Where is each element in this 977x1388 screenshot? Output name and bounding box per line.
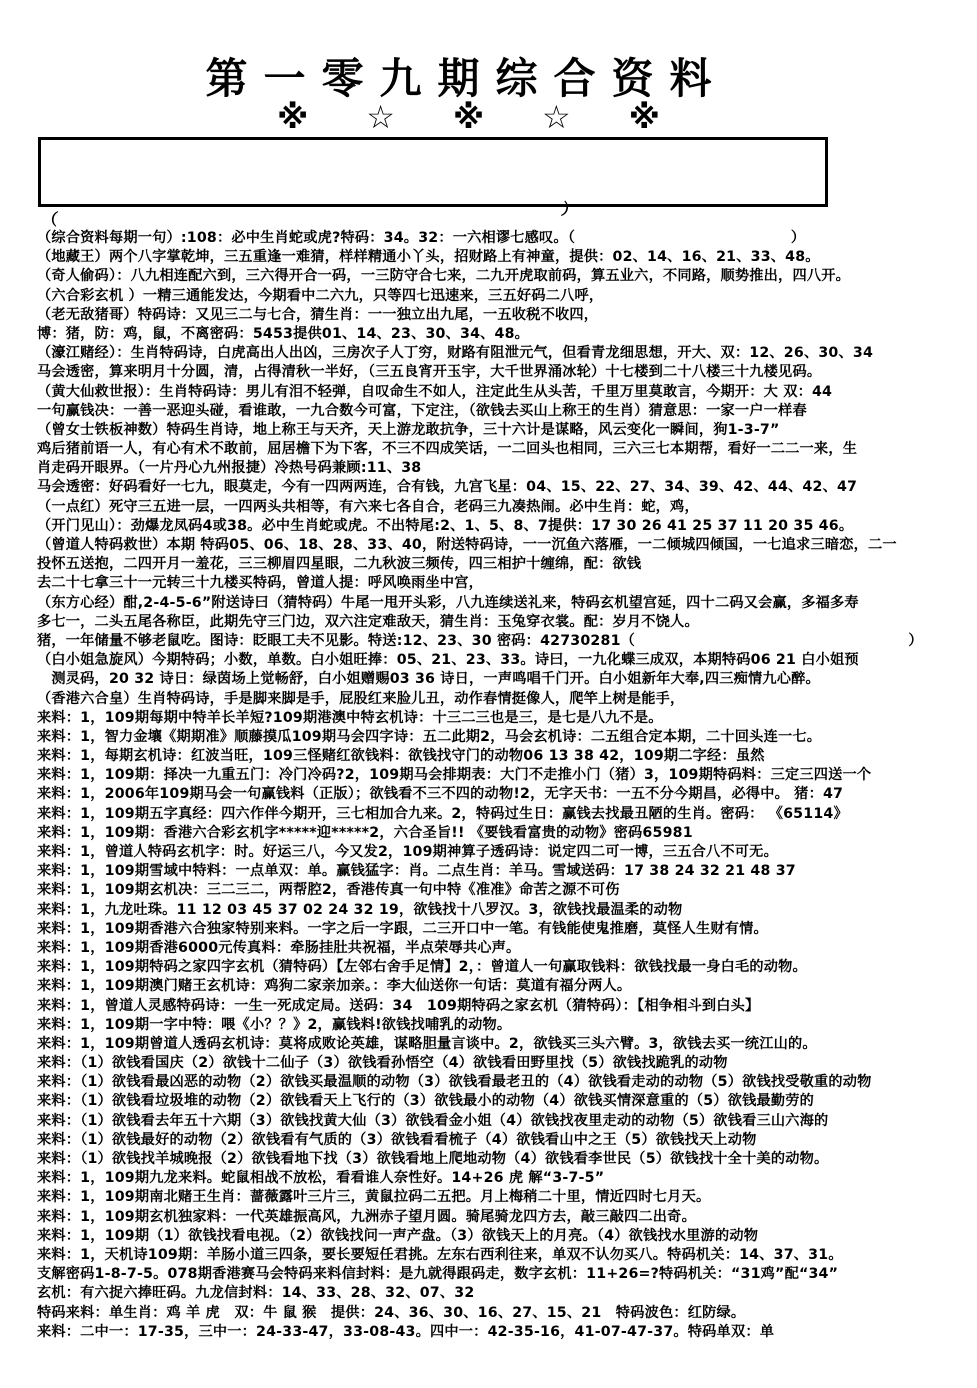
text-line: 来料：1，109期曾道人透码玄机诗：莫将成败论英雄，谋略胆量言谈中。2，欲钱买三… [37,1035,969,1054]
text-line: （濠江赌经）：生肖特码诗，白虎高出人出凶，三房次子人丁穷，财路有阻泄元气，但看青… [37,344,969,363]
text-line: 来料：（1）欲钱看最凶恶的动物（2）欲钱买最温顺的动物（3）欲钱看最老丑的（4）… [37,1073,969,1092]
text-line: 来料：（1）欲钱最好的动物（2）欲钱看有气质的（3）欲钱看看梳子（4）欲钱看山中… [37,1131,969,1150]
text-line: 肖走码开眼界。（一片丹心九州报捷）冷热号码兼顾:11、38 [37,459,969,478]
stray-paren-mark-left: （ [40,205,59,230]
star-icon: ☆ [542,98,571,136]
text-line: 博：猪，防：鸡，鼠，不离密码：5453提供01、14、23、30、34、48。 [37,325,969,344]
text-line: 来料：1，曾道人特码玄机字：时。好运三八，今又发2，109期神算子透码诗：说定四… [37,843,969,862]
text-line: （六合彩玄机 ）一精三通能发达，今期看中二六九，只等四七迅速来，三五好码二八呼， [37,287,969,306]
text-line: 来料：1，每期玄机诗：红波当旺，109三怪赌红欲钱料：欲钱找守门的动物06 13… [37,747,969,766]
text-line: 来料：1，天机诗109期：羊肠小道三四条，要长要短任君挑。左东右西利往来，单双不… [37,1246,969,1265]
text-line: 来料：1，109期一字中特：喂《小？？》2，赢钱料!欲钱找哺乳的动物。 [37,1016,969,1035]
text-line: 来料：1，109期玄机决：三二三二，两帮腔2，香港传真一句中特《准准》命苦之源不… [37,881,969,900]
text-line: 来料：1，109期雪域中特料：一点单双：单。赢钱猛字：肖。二点生肖：羊马。雪域送… [37,862,969,881]
text-line: 来料：1，智力金壤《期期准》顺藤摸瓜109期马会四字诗：五二此期2，马会玄机诗：… [37,728,969,747]
text-line: 来料：1，109期玄机独家料：一代英雄振高风，九洲赤子望月圆。骑尾骑龙四方去，敲… [37,1208,969,1227]
text-line: 一句赢钱决：一善一恶迎头碰，看谁敢，一九合数今可富，下定注，（欲钱去买山上称王的… [37,402,969,421]
reference-mark-icon: ※ [629,98,660,136]
text-line: 投怀五送抱，二四开月一羞花，三三柳眉四星眼，二九秋波三频传，四三相护十缠绵，配：… [37,555,969,574]
text-line: 来料：1，109期每期中特羊长羊短?109期港澳中特玄机诗：十三二三也是三，是七… [37,709,969,728]
text-line: （一点红）死守三五进一层，一四两头共相等，有六来七各自合，老码三九凑热闹。必中生… [37,498,969,517]
text-line: （东方心经）酣,2-4-5-6”附送诗曰（猜特码）牛尾一甩开头彩，八九连续送礼来… [37,594,969,613]
text-line: 来料：二中一：17-35，三中一：24-33-47，33-08-43。四中一：4… [37,1323,969,1342]
page-title: 第一零九期综合资料 [0,46,917,106]
text-line: 马会透密：好码看好一七九，眼莫走，今有一四两两连，合有钱，九宫飞星：04、15、… [37,478,969,497]
text-line: 来料：1，109期：择决一九重五门：冷门冷码?2，109期马会排期表：大门不走推… [37,766,969,785]
text-line: （曾道人特码救世）本期 特码05、06、18、28、33、40，附送特码诗，一一… [37,536,969,555]
text-line: 来料：（1）欲钱看去年五十六期（3）欲钱找黄大仙（3）欲钱看金小姐（4）欲钱找夜… [37,1112,969,1131]
reference-mark-icon: ※ [453,98,484,136]
text-line: 来料：1，109期九龙来料。蛇鼠相战不放松，看看谁人奈性好。14+26 虎 解“… [37,1169,969,1188]
text-line: 猪，一年储量不够老鼠吃。图诗：眨眼工夫不见影。特送:12、23、30 密码：42… [37,632,969,651]
text-line: （白小姐急旋风）今期特码；小数，单数。白小姐旺捧：05、21、23、33。诗曰，… [37,651,969,670]
text-line: 特码来料：单生肖：鸡 羊 虎 双：牛 鼠 猴 提供：24、36、30、16、27… [37,1304,969,1323]
text-line: （地藏王）两个八字掌乾坤，三五重逢一难猜，样样精通小丫头，招财路上有神童，提供：… [37,248,969,267]
text-line: 来料：1，109期香港6000元传真料：牵肠挂肚共祝福，半点荣辱共心声。 [37,939,969,958]
text-line: 去二十七拿三十一元转三十九楼买特码，曾道人提：呼风唤雨坐中宫， [37,574,969,593]
star-icon: ☆ [366,98,395,136]
text-line: 来料：1，109期：香港六合彩玄机字*****迎*****2，六合圣旨!! 《要… [37,824,969,843]
text-line: 来料：1，曾道人灵感特码诗：一生一死成定局。送码：34 109期特码之家玄机（猜… [37,997,969,1016]
text-line: 测灵码，20 32 诗日：绿茵场上觉畅舒，白小姐赠赐03 36 诗日，一声鸣唱千… [37,670,969,689]
empty-header-box [38,137,828,207]
text-line: 来料：1，109期澳门赌王玄机诗：鸡狗二家亲加亲。：李大仙送你一句话：莫道有福分… [37,977,969,996]
text-line: 玄机：有六捉六捧旺码。九龙信封料：14、33、28、32、07、32 [37,1284,969,1303]
text-line: 来料：1，109期（1）欲钱找看电视。（2）欲钱找问一声产盘。（3）欲钱天上的月… [37,1227,969,1246]
decorative-symbols-row: ※ ☆ ※ ☆ ※ [0,98,937,136]
scanned-lottery-sheet: 第一零九期综合资料 ※ ☆ ※ ☆ ※ （ ） （综合资料每期一句）:108：必… [0,0,977,1388]
reference-mark-icon: ※ [277,98,308,136]
text-line: 来料：（1）欲钱看国庆（2）欲钱十二仙子（3）欲钱看孙悟空（4）欲钱看田野里找（… [37,1054,969,1073]
text-line: 马会透密，算来明月十分圆，清，占得清秋一半好，（三五良宵开玉宇，大千世界涌冰轮）… [37,363,969,382]
text-line: 来料：1，2006年109期马会一句赢钱料（正版）；欲钱看不三不四的动物!2，无… [37,785,969,804]
text-line: 多七一，二头五尾各称臣，此期先守三门边，双六注定难敌天，猜生肖：玉兔穿衣裳。配：… [37,613,969,632]
text-line: 来料：1，109期南北赌王生肖：蔷薇露叶三片三，黄鼠拉码二五把。月上梅稍二十里，… [37,1188,969,1207]
text-line: 来料：1，109期香港六合独家特别来料。一字之后一字跟，二三开口中一笔。有钱能使… [37,920,969,939]
text-line: （综合资料每期一句）:108：必中生肖蛇或虎?特码：34。32：一六相谬七感叹。… [37,229,969,248]
text-line: （黄大仙救世报）：生肖特码诗：男儿有泪不轻弹，自叹命生不如人，注定此生从头苦，千… [37,383,969,402]
text-line: （奇人偷码）：八九相连配六到，三六得开合一码，一三防守合七来，二九开虎取前码，算… [37,267,969,286]
text-line: 鸡后猪前语一人，有心有术不敢前，屈居檐下为下客，不三不四成笑话，一二回头也相同，… [37,440,969,459]
text-line: 来料：1，九龙吐珠。11 12 03 45 37 02 24 32 19，欲钱找… [37,901,969,920]
text-line: （开门见山）：劲爆龙凤码4或38。必中生肖蛇或虎。不出特尾:2、1、5、8、7提… [37,517,969,536]
text-line: （香港六合皇）生肖特码诗，手是脚来脚是手，屁股红来脸儿丑，动作春情挺像人，爬竿上… [37,690,969,709]
text-line: 来料：（1）欲钱找羊城晚报（2）欲钱看地下找（3）欲钱看地上爬地动物（4）欲钱看… [37,1150,969,1169]
text-line: 来料：（1）欲钱看垃圾堆的动物（2）欲钱看天上飞行的（3）欲钱最小的动物（4）欲… [37,1092,969,1111]
text-line: 支解密码1-8-7-5。078期香港赛马会特码来料信封料：是九就得跟码走，数字玄… [37,1265,969,1284]
text-line: 来料：1，109期特码之家四字玄机（猜特码）【左邻右舍手足情】2，：曾道人一句赢… [37,958,969,977]
tips-text-body: （综合资料每期一句）:108：必中生肖蛇或虎?特码：34。32：一六相谬七感叹。… [37,229,969,1342]
text-line: （老无敌猪哥）特码诗：又见三二与七合，猜生肖：一一独立出九尾，一五收税不收四， [37,306,969,325]
text-line: 来料：1，109期五字真经：四六作伴今期开，三七相加合九来。2，特码过生日：赢钱… [37,805,969,824]
text-line: （曾女士铁板神数）特码生肖诗，地上称王与天齐，天上游龙敢抗争，三十六计是谋略，风… [37,421,969,440]
